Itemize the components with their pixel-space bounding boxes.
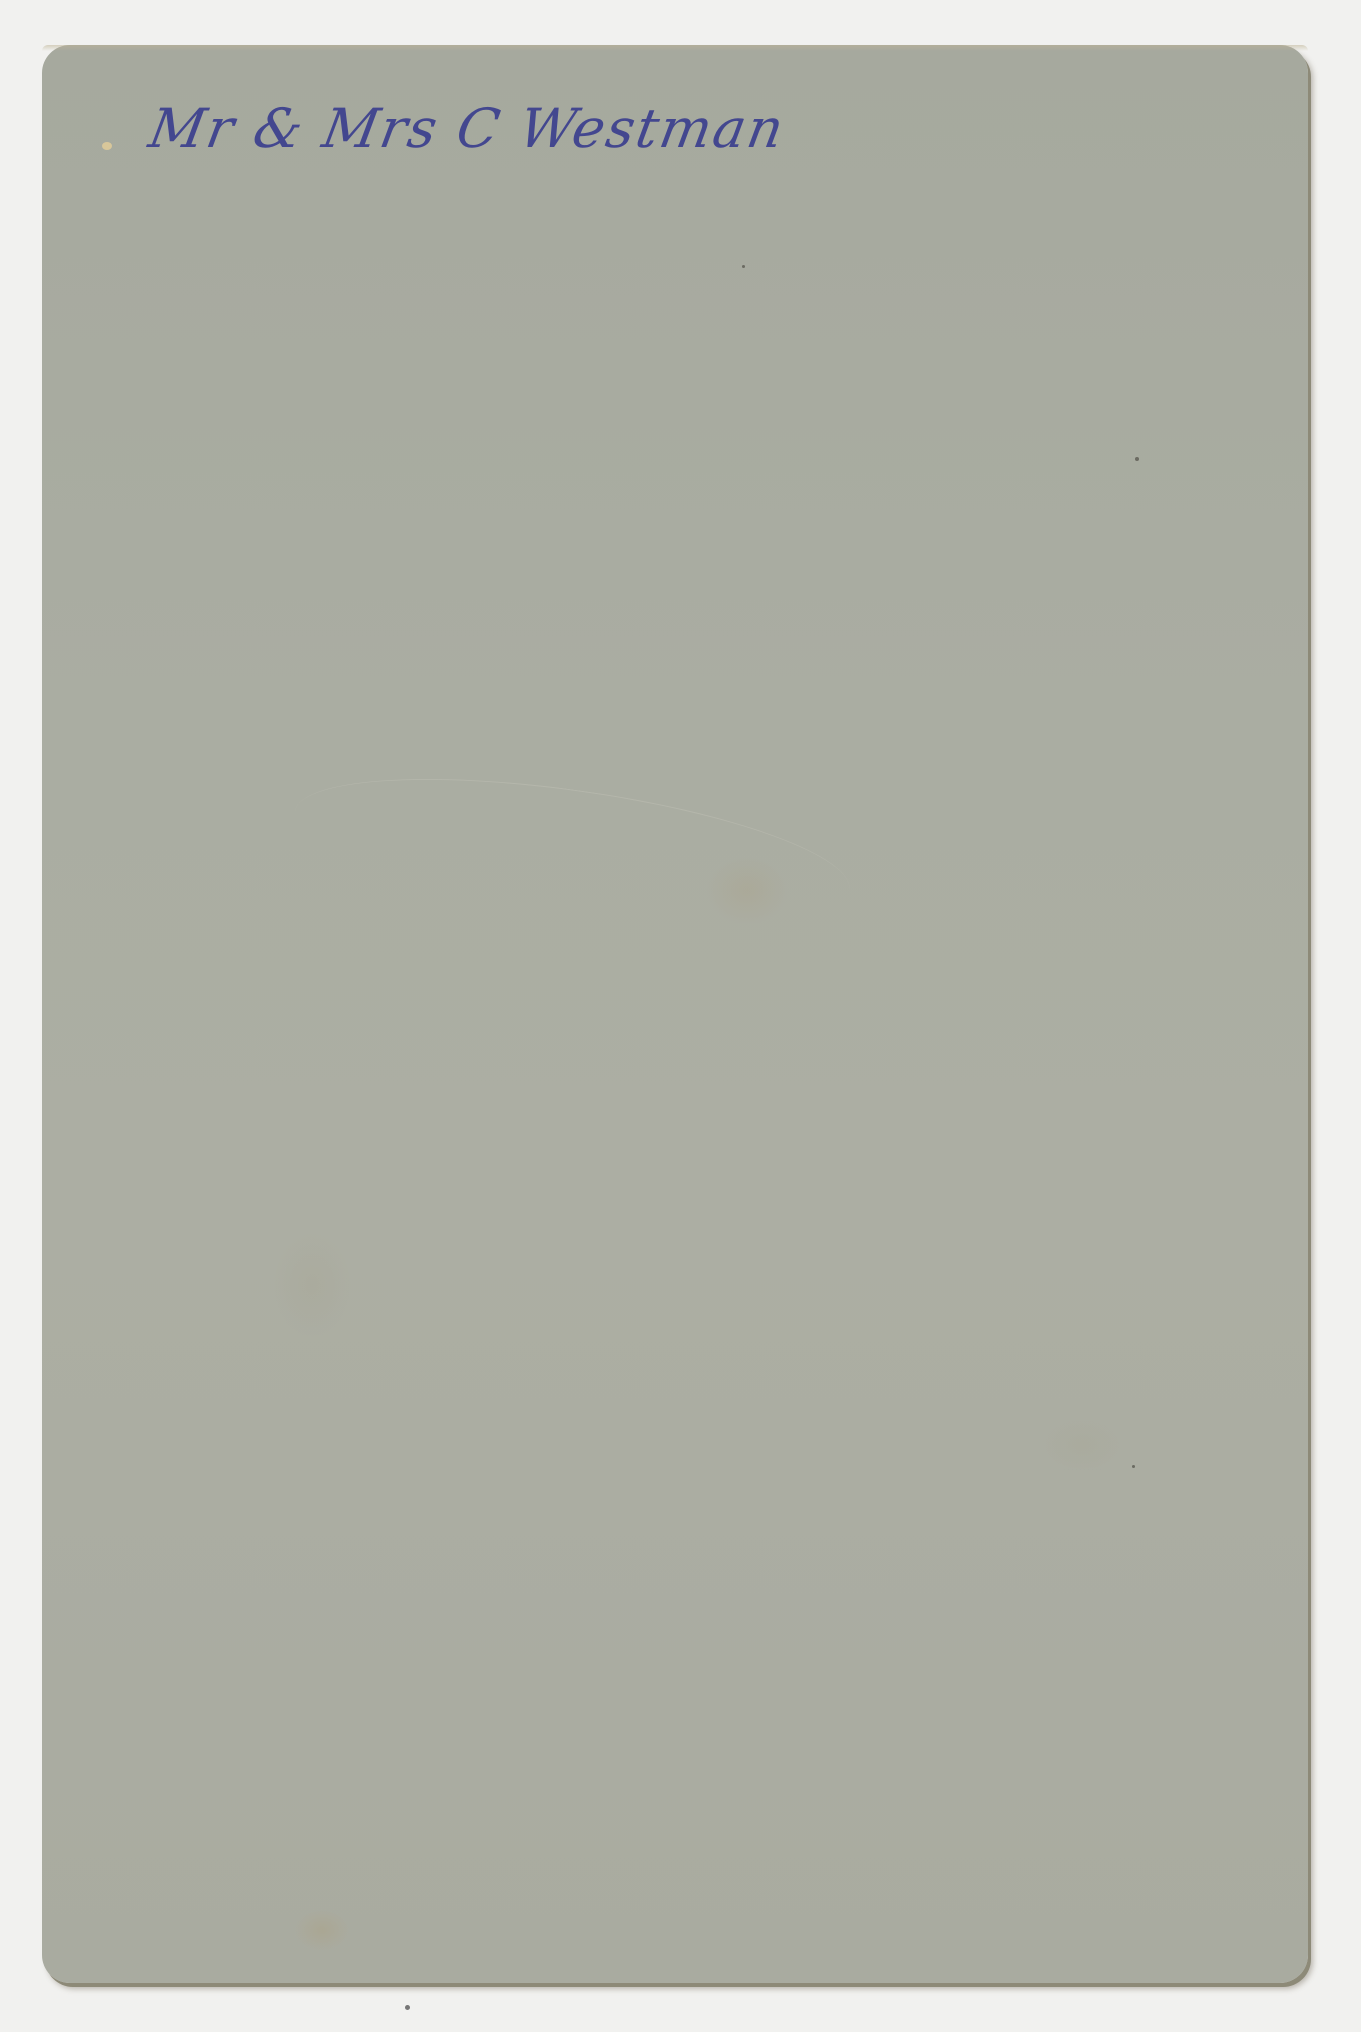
scanner-dust-dot bbox=[405, 2005, 410, 2010]
photo-card-back: Mr & Mrs C Westman bbox=[42, 45, 1308, 1983]
handwritten-inscription: Mr & Mrs C Westman bbox=[144, 97, 790, 160]
paper-speck bbox=[742, 265, 745, 268]
paper-speck bbox=[1135, 457, 1139, 461]
paper-speck bbox=[102, 142, 112, 150]
paper-speck bbox=[1132, 1465, 1135, 1468]
